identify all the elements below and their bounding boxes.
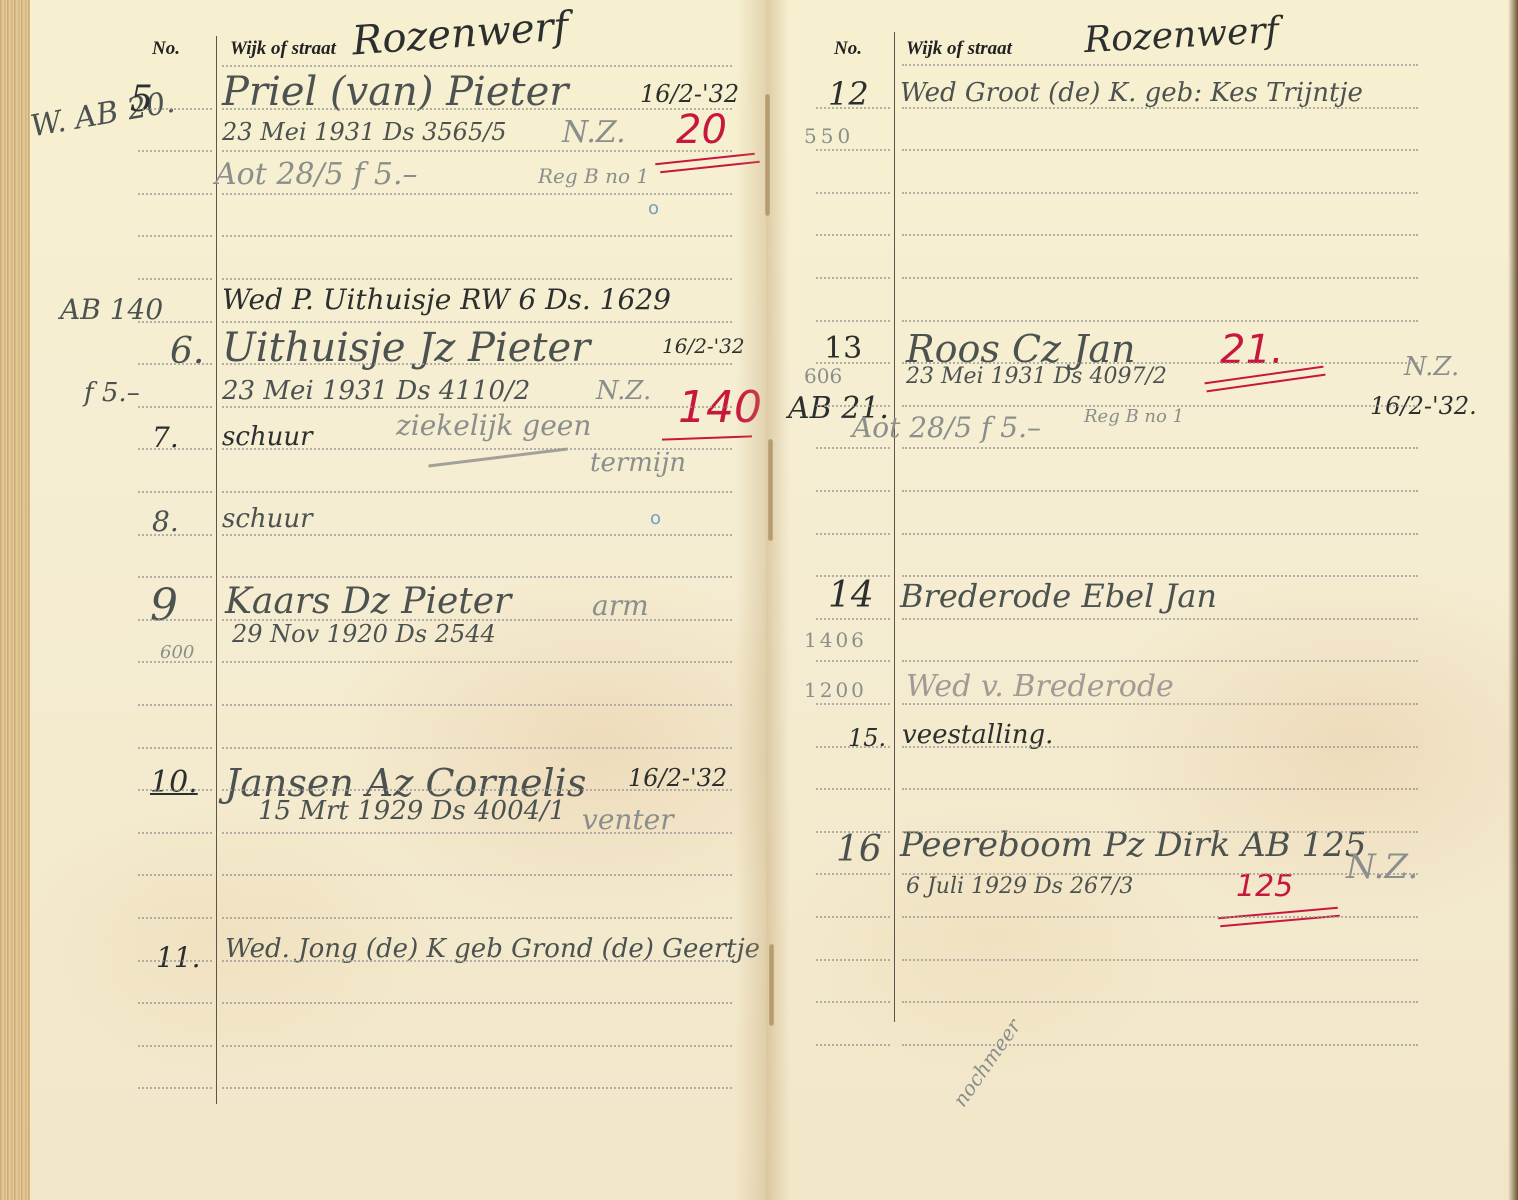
entry-red-number: 20 <box>676 110 727 150</box>
ruled-line <box>816 575 890 577</box>
ruled-line <box>902 149 1418 151</box>
ruled-line <box>902 703 1418 705</box>
entry-number: 10. <box>150 768 198 798</box>
entry-nz-mark: N.Z. <box>596 378 651 404</box>
ruled-line <box>816 831 890 833</box>
ruled-line <box>138 363 212 365</box>
ruled-line <box>816 320 890 322</box>
entry-margin-amount: 1200 <box>804 680 867 700</box>
ruled-line <box>816 405 890 407</box>
ruled-line <box>902 490 1418 492</box>
entry-name: Kaars Dz Pieter <box>225 584 511 620</box>
column-header-no: No. <box>834 38 862 60</box>
left-page: No. Wijk of straat Rozenwerf W. AB 20. 5… <box>0 0 766 1200</box>
ruled-line <box>222 704 732 706</box>
entry-notice: Aot 28/5 f 5.– <box>852 414 1041 442</box>
entry-margin-amount: f 5.– <box>84 380 140 406</box>
ruled-line <box>222 1045 732 1047</box>
entry-note: ziekelijk geen <box>396 412 591 440</box>
ruled-line <box>902 873 1418 875</box>
ruled-line <box>138 832 212 834</box>
ruled-line <box>902 660 1418 662</box>
column-header-no: No. <box>152 38 180 60</box>
ruled-line <box>816 149 890 151</box>
ruled-line <box>138 491 212 493</box>
ruled-line <box>902 831 1418 833</box>
entry-registration: 23 Mei 1931 Ds 3565/5 <box>222 120 507 144</box>
ruled-line <box>222 150 732 152</box>
ruled-line <box>816 490 890 492</box>
entry-date-stamp: 16/2-'32 <box>662 336 745 356</box>
ruled-line <box>138 108 212 110</box>
ruled-line <box>138 960 212 962</box>
ruled-line <box>816 1044 890 1046</box>
entry-note-continued: termijn <box>590 450 686 476</box>
red-underline <box>1206 374 1325 393</box>
ruled-line <box>816 618 890 620</box>
entry-note: arm <box>592 592 649 620</box>
ruled-line <box>138 1045 212 1047</box>
ruled-line <box>902 405 1418 407</box>
ruled-line <box>138 747 212 749</box>
ruled-line <box>222 193 732 195</box>
ruled-line <box>138 789 212 791</box>
ruled-line <box>902 533 1418 535</box>
ruled-line <box>816 746 890 748</box>
ruled-line <box>222 534 732 536</box>
ruled-line <box>222 661 732 663</box>
ruled-line <box>222 619 732 621</box>
ruled-line <box>816 107 890 109</box>
ruled-line <box>902 447 1418 449</box>
entry-nz-mark: N.Z. <box>1404 354 1459 380</box>
ruled-line <box>222 235 732 237</box>
entry-name: veestalling. <box>902 722 1053 748</box>
ruled-line <box>138 278 212 280</box>
ruled-line <box>138 874 212 876</box>
ruled-line <box>222 917 732 919</box>
ruled-line <box>222 448 732 450</box>
entry-registration: 6 Juli 1929 Ds 267/3 <box>906 876 1133 898</box>
ruled-line <box>222 363 732 365</box>
ruled-line <box>138 1002 212 1004</box>
ledger-spread: No. Wijk of straat Rozenwerf W. AB 20. 5… <box>0 0 1518 1200</box>
ruled-line <box>902 1001 1418 1003</box>
entry-number: 8. <box>152 508 179 536</box>
ruled-line <box>816 916 890 918</box>
ruled-line <box>902 234 1418 236</box>
column-header-wijk: Wijk of straat <box>906 38 1012 60</box>
entry-nz-mark: N.Z. <box>562 118 626 148</box>
column-divider <box>894 32 895 1022</box>
entry-name: schuur <box>222 506 313 532</box>
entry-notice: Aot 28/5 f 5.– <box>215 160 418 190</box>
ruled-line <box>816 277 890 279</box>
ruled-line <box>222 278 732 280</box>
right-page: No. Wijk of straat Rozenwerf 12 Wed Groo… <box>766 0 1518 1200</box>
entry-number: 11. <box>156 944 201 972</box>
entry-name: Priel (van) Pieter <box>222 72 568 112</box>
ruled-line <box>222 321 732 323</box>
entry-number: 14 <box>828 578 874 614</box>
entry-margin-amount: 606 <box>804 366 842 386</box>
ruled-line <box>816 533 890 535</box>
ruled-line <box>816 234 890 236</box>
ruled-line <box>138 619 212 621</box>
ruled-line <box>222 789 732 791</box>
entry-previous-name: Wed P. Uithuisje RW 6 Ds. 1629 <box>222 286 671 314</box>
ruled-line <box>816 660 890 662</box>
ruled-line <box>902 320 1418 322</box>
ruled-line <box>222 406 732 408</box>
ruled-line <box>902 575 1418 577</box>
ruled-line <box>138 321 212 323</box>
entry-name: Uithuisje Jz Pieter <box>222 328 590 368</box>
ruled-line <box>138 235 212 237</box>
ruled-line <box>816 1001 890 1003</box>
ruled-line <box>902 959 1418 961</box>
ruled-line <box>222 491 732 493</box>
entry-name: schuur <box>222 424 313 450</box>
footer-note: nochmeer <box>950 1016 1024 1110</box>
entry-number: 16 <box>836 832 882 868</box>
street-name: Rozenwerf <box>1083 13 1280 59</box>
spine-stitch <box>769 440 772 540</box>
ruled-line <box>816 703 890 705</box>
entry-date-stamp: 16/2-'32 <box>628 766 727 790</box>
ruled-line <box>902 64 1418 66</box>
entry-red-number: 125 <box>1236 872 1293 902</box>
ruled-line <box>902 746 1418 748</box>
entry-number: 9 <box>150 584 178 628</box>
ruled-line <box>138 1087 212 1089</box>
pencil-underline <box>428 447 567 467</box>
ruled-line <box>222 960 732 962</box>
spine-stitch <box>770 945 773 1025</box>
ruled-line <box>902 192 1418 194</box>
ruled-line <box>138 534 212 536</box>
entry-number: 12 <box>828 78 869 110</box>
entry-registration: 29 Nov 1920 Ds 2544 <box>232 622 496 646</box>
ruled-line <box>902 916 1418 918</box>
entry-occupation: venter <box>582 806 674 834</box>
entry-register-ref: Reg B no 1 <box>1084 408 1184 426</box>
ruled-line <box>902 618 1418 620</box>
entry-margin-amount: 1406 <box>804 630 867 650</box>
entry-name: Brederode Ebel Jan <box>900 580 1217 612</box>
entry-margin-code: W. AB 20. <box>29 88 178 143</box>
red-underline <box>662 435 752 440</box>
ruled-line <box>222 108 732 110</box>
entry-number: 13 <box>824 334 862 364</box>
entry-margin-amount: 600 <box>160 644 194 662</box>
entry-registration: 23 Mei 1931 Ds 4110/2 <box>222 378 530 404</box>
entry-name: Wed Groot (de) K. geb: Kes Trijntje <box>900 80 1363 106</box>
ruled-line <box>816 362 890 364</box>
ruled-line <box>138 576 212 578</box>
ruled-line <box>138 661 212 663</box>
ruled-line <box>816 447 890 449</box>
entry-check-mark: o <box>650 510 661 528</box>
ruled-line <box>138 150 212 152</box>
ruled-line <box>138 448 212 450</box>
ruled-line <box>816 192 890 194</box>
ruled-line <box>138 406 212 408</box>
ruled-line <box>222 832 732 834</box>
ruled-line <box>138 704 212 706</box>
entry-check-mark: o <box>648 200 659 218</box>
ruled-line <box>138 917 212 919</box>
ruled-line <box>902 788 1418 790</box>
street-name: Rozenwerf <box>351 6 570 61</box>
column-divider <box>216 36 217 1104</box>
entry-number: 5 <box>130 82 153 118</box>
ruled-line <box>902 362 1418 364</box>
entry-name: Wed. Jong (de) K geb Grond (de) Geertje <box>225 936 760 962</box>
ruled-line <box>222 1002 732 1004</box>
entry-name: Peereboom Pz Dirk AB 125 <box>900 828 1366 862</box>
ruled-line <box>138 193 212 195</box>
entry-registration: 15 Mrt 1929 Ds 4004/1 <box>258 798 565 824</box>
ruled-line <box>902 277 1418 279</box>
ruled-line <box>222 65 732 67</box>
entry-name: Wed v. Brederode <box>906 672 1174 702</box>
red-underline <box>655 153 755 165</box>
ruled-line <box>816 959 890 961</box>
entry-margin-amount: 550 <box>804 126 854 146</box>
ruled-line <box>816 873 890 875</box>
ruled-line <box>222 576 732 578</box>
entry-date-stamp: 16/2-'32 <box>640 82 739 106</box>
entry-nz-mark: N.Z. <box>1346 850 1418 884</box>
column-header-wijk: Wijk of straat <box>230 38 336 60</box>
ruled-line <box>902 107 1418 109</box>
entry-register-ref: Reg B no 1 <box>538 166 649 186</box>
ruled-line <box>222 874 732 876</box>
ruled-line <box>222 1087 732 1089</box>
ruled-line <box>816 788 890 790</box>
ruled-line <box>222 747 732 749</box>
entry-red-number: 140 <box>678 386 762 430</box>
entry-registration: 23 Mei 1931 Ds 4097/2 <box>906 366 1167 388</box>
ruled-line <box>902 1044 1418 1046</box>
spine-stitch <box>766 95 769 215</box>
